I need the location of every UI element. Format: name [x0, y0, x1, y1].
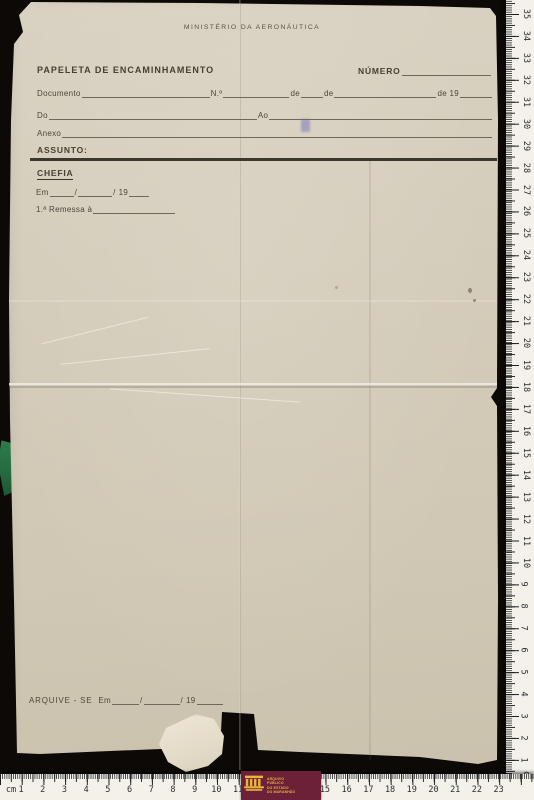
em-label: Em: [36, 188, 49, 197]
blank-line: [82, 88, 210, 98]
blank-line: [301, 88, 323, 98]
blank-line: [62, 128, 492, 138]
horizontal-ruler-label: 4: [84, 785, 89, 795]
blank-line: [93, 204, 175, 214]
horizontal-ruler-label: 10: [211, 785, 221, 795]
blank-line: [129, 187, 149, 197]
vertical-ruler-label: 6: [519, 648, 529, 653]
horizontal-ruler-label: 9: [192, 785, 197, 795]
archive-logo-text: ARQUIVOPÚBLICODO ESTADODO MARANHÃO: [267, 777, 295, 795]
section-divider-rule: [30, 158, 497, 161]
em-label: Em: [98, 696, 111, 705]
blank-line: [49, 110, 257, 120]
blank-line: [223, 88, 289, 98]
horizontal-ruler-label: 5: [105, 785, 110, 795]
horizontal-ruler-label: 2: [40, 785, 45, 795]
do-ao-row: Do Ao: [37, 110, 493, 120]
horizontal-ruler-label: 6: [127, 785, 132, 795]
vertical-ruler-label: 25: [521, 228, 531, 238]
vertical-ruler-label: 11: [521, 535, 531, 545]
horizontal-ruler-label: 3: [62, 785, 67, 795]
form-title: PAPELETA DE ENCAMINHAMENTO: [37, 65, 214, 75]
ano-prefix: 19: [186, 696, 196, 705]
vertical-ruler-label: 28: [521, 162, 531, 172]
vertical-ruler-label: 3: [519, 714, 529, 719]
vertical-ruler-label: 31: [521, 97, 531, 107]
vertical-ruler-label: 34: [521, 31, 531, 41]
slash: /: [140, 696, 143, 705]
form-content: MINISTÉRIO DA AERONÁUTICA PAPELETA DE EN…: [0, 0, 534, 800]
vertical-ruler-label: 10: [521, 557, 531, 567]
slash: /: [75, 188, 78, 197]
horizontal-ruler-label: 23: [493, 785, 503, 795]
de-ano-label: de 19: [437, 89, 459, 98]
vertical-ruler-label: 15: [521, 448, 531, 458]
vertical-ruler-label: 13: [521, 492, 531, 502]
archive-logo-badge: ARQUIVOPÚBLICODO ESTADODO MARANHÃO: [241, 771, 321, 800]
ao-label: Ao: [258, 111, 268, 120]
arquive-row: ARQUIVE - SE Em / / 19: [29, 695, 224, 705]
horizontal-ruler-label: 19: [407, 785, 417, 795]
anexo-row: Anexo: [37, 128, 493, 138]
blank-line: [144, 695, 180, 705]
vertical-ruler-label: 1: [519, 757, 529, 762]
horizontal-ruler-label: 18: [385, 785, 395, 795]
vertical-ruler-label: 26: [521, 206, 531, 216]
vertical-ruler-label: 30: [521, 119, 531, 129]
chefia-date-row: Em / / 19: [36, 187, 150, 197]
ano-prefix: 19: [119, 188, 129, 197]
vertical-ruler-label: 7: [519, 626, 529, 631]
horizontal-ruler-label: 8: [170, 785, 175, 795]
horizontal-ruler-label: 21: [450, 785, 460, 795]
horizontal-ruler-label: 20: [428, 785, 438, 795]
vertical-ruler-label: 12: [521, 513, 531, 523]
vertical-ruler-label: 4: [519, 692, 529, 697]
numero-label: NÚMERO: [358, 66, 401, 76]
numero-field: NÚMERO: [358, 66, 492, 76]
archive-logo-text-line: DO MARANHÃO: [267, 790, 295, 794]
blank-line: [112, 695, 139, 705]
vertical-ruler-label: 32: [521, 75, 531, 85]
vertical-ruler-label: 20: [521, 338, 531, 348]
vertical-ruler-label: 22: [521, 294, 531, 304]
vertical-ruler-label: 14: [521, 470, 531, 480]
documento-row: Documento N.º de de de 19: [37, 88, 493, 98]
de-label: de: [290, 89, 300, 98]
remessa-row: 1.ª Remessa à: [36, 204, 176, 214]
numero-blank-line: [402, 66, 491, 76]
scanned-document-photo: MINISTÉRIO DA AERONÁUTICA PAPELETA DE EN…: [0, 0, 534, 800]
building-icon: [244, 774, 264, 797]
vertical-ruler-label: 29: [521, 141, 531, 151]
vertical-ruler-label: 9: [519, 582, 529, 587]
horizontal-ruler-label: 17: [363, 785, 373, 795]
vertical-ruler-label: 35: [521, 9, 531, 19]
blank-line: [334, 88, 436, 98]
assunto-label: ASSUNTO:: [37, 145, 88, 155]
horizontal-ruler-label: cm: [6, 785, 16, 795]
vertical-ruler-label: 18: [521, 382, 531, 392]
horizontal-ruler-label: 16: [342, 785, 352, 795]
slash: /: [181, 696, 184, 705]
remessa-label: 1.ª Remessa à: [36, 205, 92, 214]
vertical-ruler-label: 33: [521, 53, 531, 63]
blank-line: [460, 88, 492, 98]
assunto-row: ASSUNTO:: [37, 145, 88, 155]
vertical-ruler-label: 17: [521, 404, 531, 414]
horizontal-ruler-label: 1: [18, 785, 23, 795]
do-label: Do: [37, 111, 48, 120]
horizontal-ruler-label: 7: [149, 785, 154, 795]
vertical-ruler-label: 16: [521, 426, 531, 436]
vertical-ruler-label: 8: [519, 604, 529, 609]
vertical-ruler-label: 24: [521, 250, 531, 260]
ministry-header: MINISTÉRIO DA AERONÁUTICA: [0, 24, 504, 31]
horizontal-ruler-label: 22: [472, 785, 482, 795]
blank-line: [269, 110, 492, 120]
horizontal-ruler-label: 15: [320, 785, 330, 795]
blank-line: [197, 695, 223, 705]
anexo-label: Anexo: [37, 129, 61, 138]
chefia-heading: CHEFIA: [37, 168, 73, 180]
de-label: de: [324, 89, 334, 98]
vertical-ruler-label: 21: [521, 316, 531, 326]
blank-line: [50, 187, 74, 197]
vertical-ruler-label: 2: [519, 735, 529, 740]
documento-label: Documento: [37, 89, 81, 98]
vertical-ruler-label: 19: [521, 360, 531, 370]
numero-abbrev-label: N.º: [211, 89, 223, 98]
vertical-ruler-label: 27: [521, 184, 531, 194]
slash: /: [113, 188, 116, 197]
vertical-ruler-label: 5: [519, 670, 529, 675]
arquive-label: ARQUIVE - SE: [29, 696, 92, 705]
vertical-cm-ruler: 3534333231302928272625242322212019181716…: [506, 0, 534, 786]
vertical-ruler-label: 23: [521, 272, 531, 282]
blank-line: [78, 187, 112, 197]
